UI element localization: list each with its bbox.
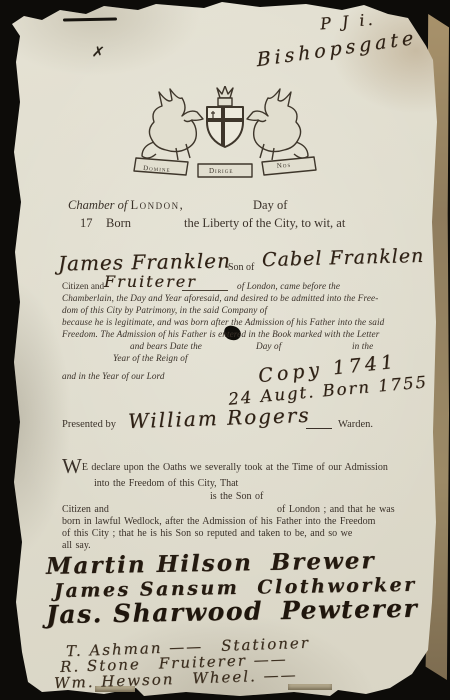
docket-note-line2: Bishopsgate <box>256 27 417 72</box>
presenter-name: William Rogers <box>128 403 311 433</box>
blank-rule <box>182 290 228 291</box>
year-of-lord-label: and in the Year of our Lord <box>62 371 165 381</box>
signature-trade: Wheel. —— <box>192 666 298 688</box>
photo-background: P J i. Bishopsgate ✗ <box>0 0 450 700</box>
signature-name: Jas. Sharwood <box>46 596 263 629</box>
declaration-of-london: of London ; and that he was <box>277 504 395 515</box>
signature-trade: Pewterer <box>281 594 419 625</box>
chamber-of-london-label: Chamber of London, <box>68 198 184 213</box>
motto-word-nos: Nos <box>276 161 291 170</box>
bears-date-label: and bears Date the <box>130 341 202 351</box>
declaration-citizen-and: Citizen and <box>62 504 109 515</box>
declaration-line-2: into the Freedom of this City, That <box>94 478 238 489</box>
body-line-2: dom of this City by Patrimony, in the sa… <box>62 305 267 315</box>
declaration-line-1-text: E declare upon the Oaths we severally to… <box>82 462 388 473</box>
body-line-4: Freedom. The Admission of his Father is … <box>62 329 379 339</box>
body-line-3: because he is legitimate, and was born a… <box>62 317 384 327</box>
crest-helm <box>217 86 233 106</box>
day-of-label-2: Day of <box>256 341 281 351</box>
trade-entry: Fruiterer <box>104 272 197 291</box>
docket-note-line1: P J i. <box>319 10 376 34</box>
in-the-label: in the <box>352 341 373 351</box>
signature-name: Wm. Hewson <box>54 670 175 692</box>
warden-rule <box>306 428 332 429</box>
x-mark: ✗ <box>91 42 106 62</box>
london-text: London, <box>131 198 185 212</box>
motto-word-dirige: Dirige <box>209 167 233 175</box>
certificate-content: P J i. Bishopsgate ✗ <box>0 0 450 700</box>
body-line-1: Chamberlain, the Day and Year aforesaid,… <box>62 293 378 303</box>
liberty-label: the Liberty of the City, to wit, at <box>184 216 345 231</box>
dragon-left-supporter <box>142 89 203 160</box>
city-of-london-arms: Domine Dirige Nos <box>132 86 318 182</box>
declaration-line-5: born in lawful Wedlock, after the Admiss… <box>62 516 375 527</box>
presented-by-label: Presented by <box>62 419 116 430</box>
reign-label: Year of the Reign of <box>113 353 188 363</box>
paper-slit <box>63 18 117 22</box>
paper-tear-right <box>288 684 332 690</box>
day-of-label: Day of <box>253 198 287 213</box>
citizen-and-label: Citizen and <box>62 281 104 291</box>
born-label: Born <box>106 216 131 231</box>
form-number: 17 <box>80 216 93 231</box>
son-of-label: Son of <box>228 262 254 273</box>
came-before-text: of London, came before the <box>237 281 340 291</box>
declaration-line-3: is the Son of <box>210 491 263 502</box>
dragon-right-supporter <box>247 89 308 160</box>
declaration-line-6: of this City ; that he is his Son so rep… <box>62 528 352 539</box>
warden-label: Warden. <box>338 419 373 430</box>
signature-trade: Brewer <box>271 547 376 576</box>
signature-row: Jas. Sharwood Pewterer <box>46 594 419 629</box>
declaration-line-1: WE declare upon the Oaths we severally t… <box>62 461 388 473</box>
drop-cap-w: W <box>62 454 82 478</box>
signature-name: Martin Hilson <box>46 549 253 580</box>
declaration-line-7: all say. <box>62 540 91 551</box>
father-name: Cabel Franklen <box>262 245 425 271</box>
shield <box>207 107 243 147</box>
chamber-of-text: Chamber of <box>68 198 127 212</box>
